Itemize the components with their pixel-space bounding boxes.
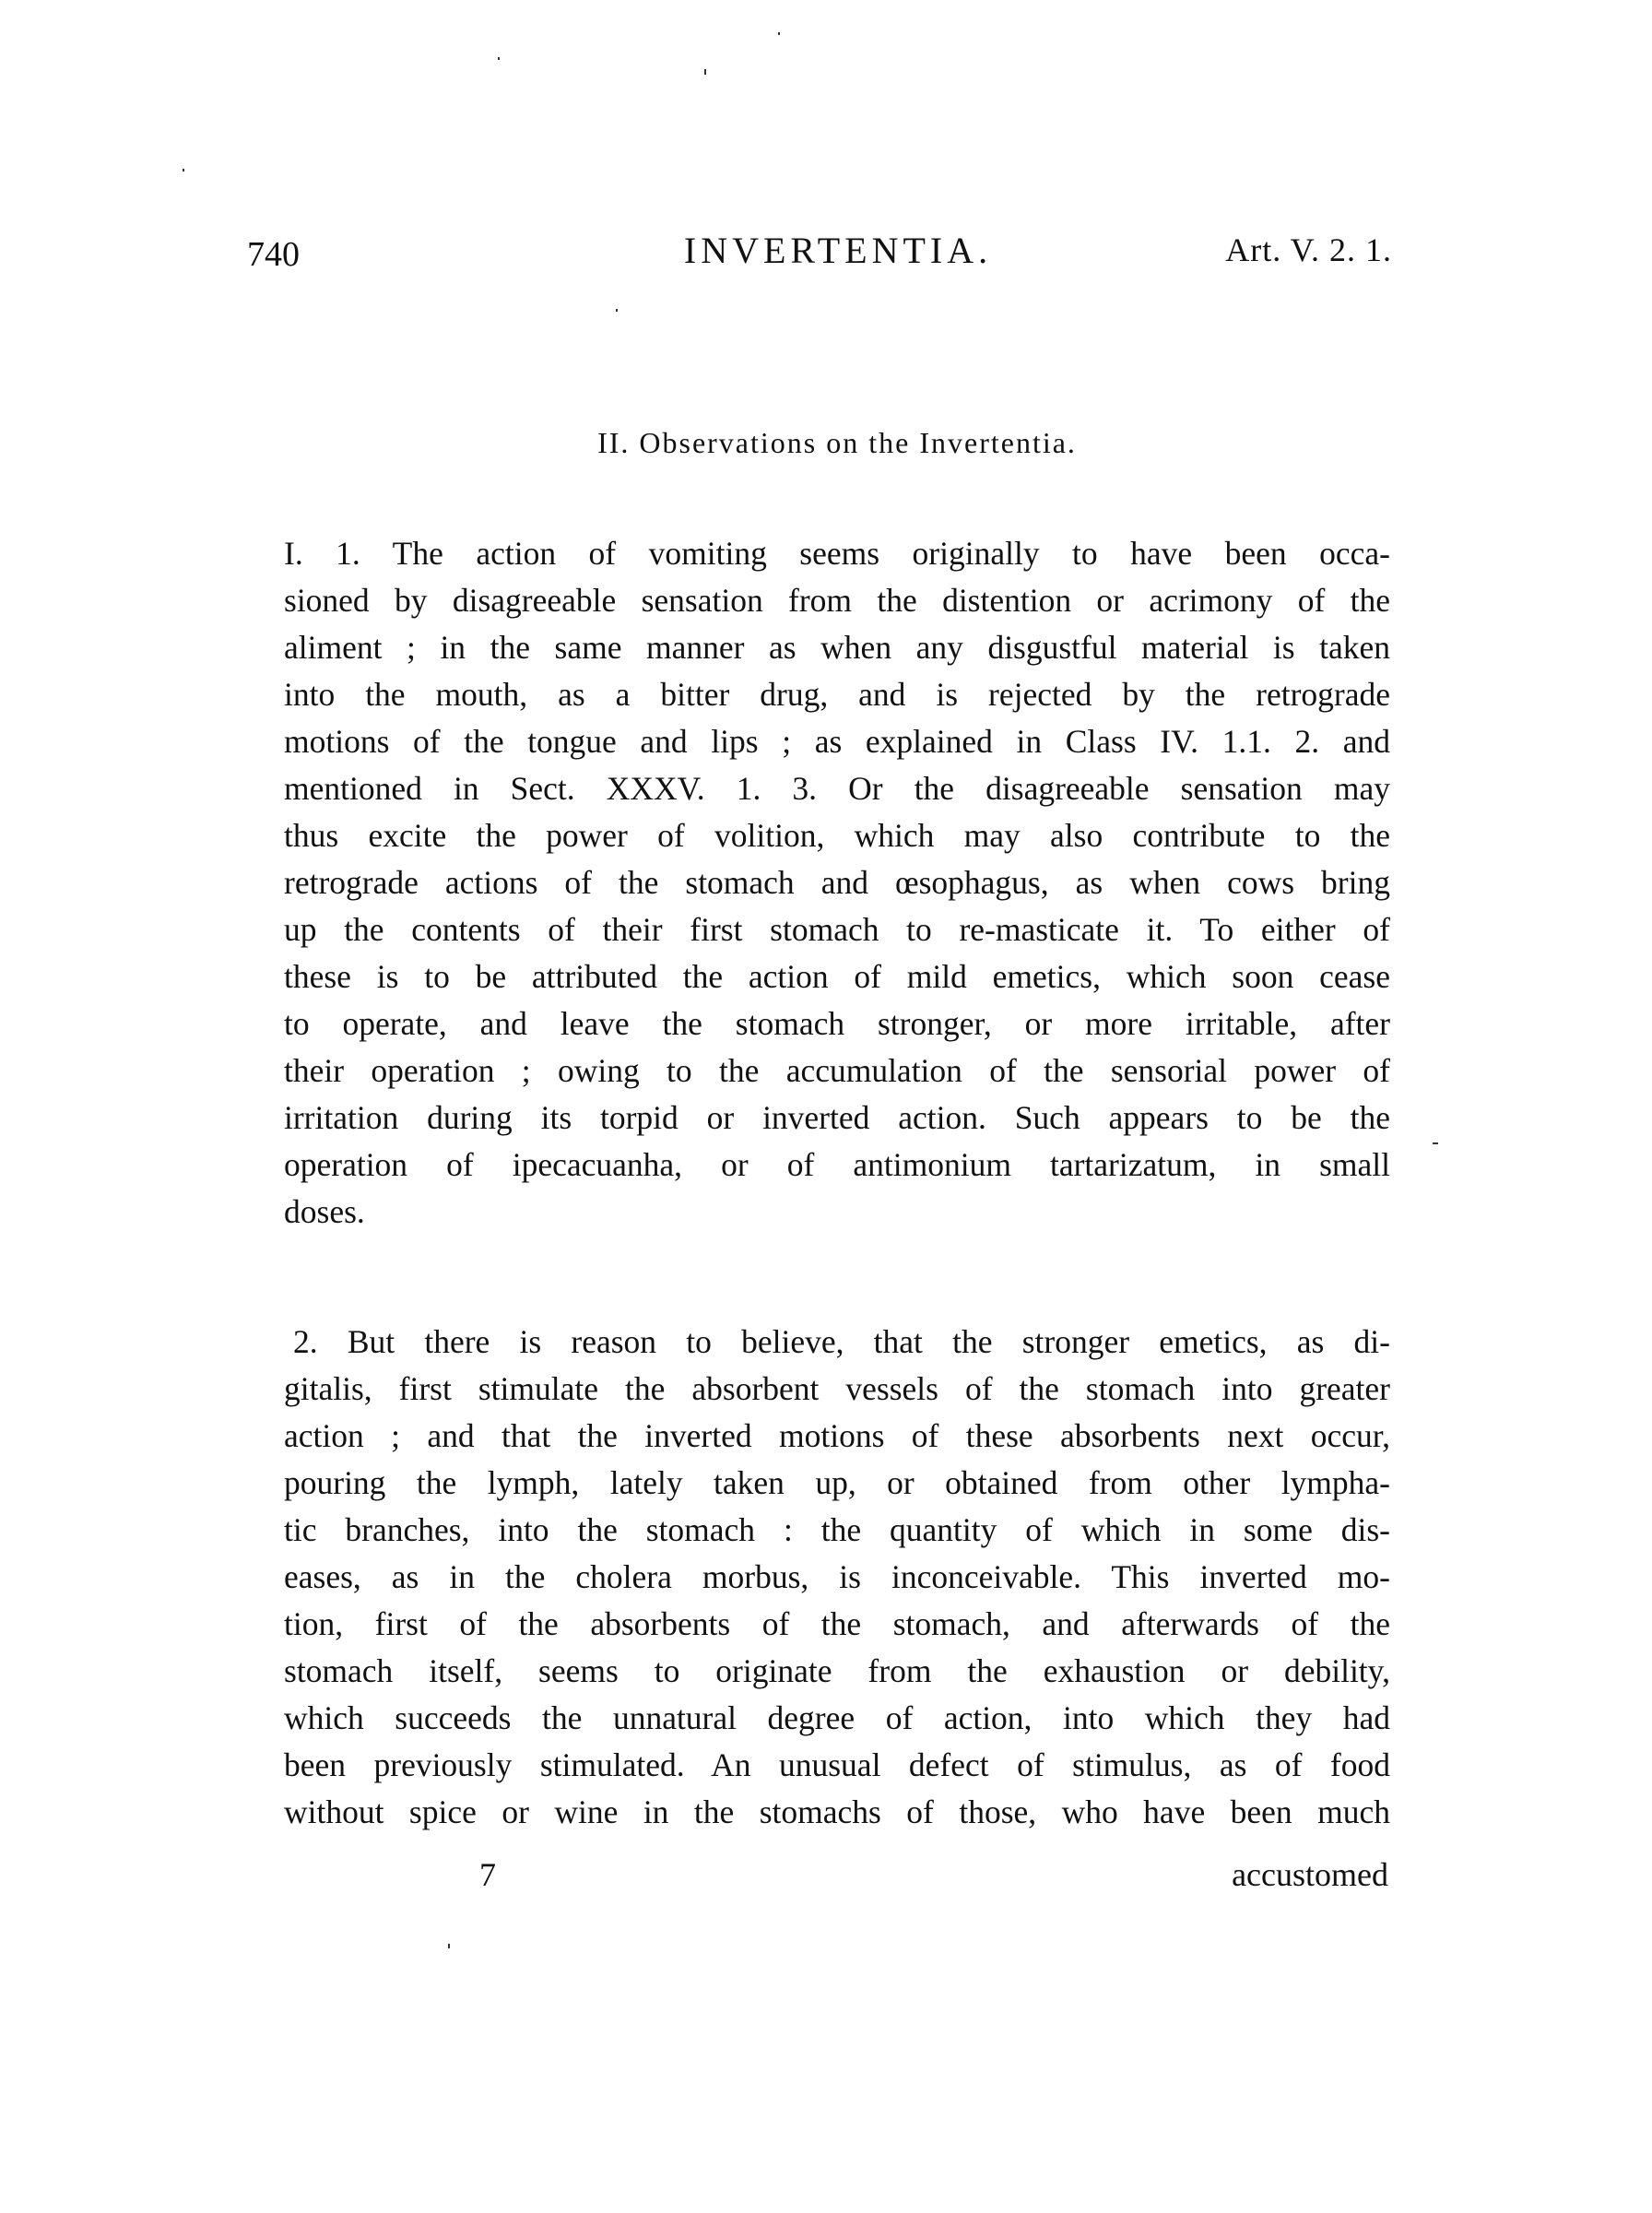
text-line: aliment ; in the same manner as when any… (284, 624, 1390, 671)
text-line: action ; and that the inverted motions o… (284, 1413, 1390, 1460)
paragraph-2: 2. But there is reason to believe, that … (284, 1319, 1390, 1836)
text-line: motions of the tongue and lips ; as expl… (284, 718, 1390, 765)
text-line: 2. But there is reason to believe, that … (284, 1319, 1390, 1366)
scan-speck (616, 309, 618, 312)
catchword: accustomed (1232, 1855, 1388, 1894)
scan-speck (778, 32, 780, 35)
text-line: which succeeds the unnatural degree of a… (284, 1695, 1390, 1742)
scan-speck (498, 57, 500, 60)
text-line: doses. (284, 1189, 1390, 1236)
text-line: into the mouth, as a bitter drug, and is… (284, 671, 1390, 718)
text-line: their operation ; owing to the accumulat… (284, 1047, 1390, 1095)
text-line: sioned by disagreeable sensation from th… (284, 577, 1390, 624)
running-head: 740 INVERTENTIA. Art. V. 2. 1. (247, 229, 1392, 284)
scan-speck (448, 1944, 450, 1948)
text-line: operation of ipecacuanha, or of antimoni… (284, 1142, 1390, 1189)
text-line: tic branches, into the stomach : the qua… (284, 1507, 1390, 1554)
paragraph-1: I. 1. The action of vomiting seems origi… (284, 530, 1390, 1236)
text-line: gitalis, first stimulate the absorbent v… (284, 1366, 1390, 1413)
text-line: pouring the lymph, lately taken up, or o… (284, 1460, 1390, 1507)
scan-speck (183, 169, 184, 172)
running-title: INVERTENTIA. (247, 229, 1392, 272)
text-line: these is to be attributed the action of … (284, 953, 1390, 1000)
article-reference: Art. V. 2. 1. (1225, 231, 1392, 269)
text-line: I. 1. The action of vomiting seems origi… (284, 530, 1390, 577)
text-line: up the contents of their first stomach t… (284, 906, 1390, 953)
text-line: been previously stimulated. An unusual d… (284, 1742, 1390, 1789)
text-line: mentioned in Sect. XXXV. 1. 3. Or the di… (284, 765, 1390, 812)
text-line: stomach itself, seems to originate from … (284, 1648, 1390, 1695)
text-line: tion, first of the absorbents of the sto… (284, 1601, 1390, 1648)
scan-speck (1433, 1142, 1438, 1144)
text-line: eases, as in the cholera morbus, is inco… (284, 1554, 1390, 1601)
text-line: without spice or wine in the stomachs of… (284, 1789, 1390, 1836)
text-line: retrograde actions of the stomach and œs… (284, 859, 1390, 906)
text-line: irritation during its torpid or inverted… (284, 1095, 1390, 1142)
scan-speck (704, 69, 706, 75)
text-line: to operate, and leave the stomach strong… (284, 1000, 1390, 1047)
section-heading: II. Observations on the Invertentia. (0, 426, 1652, 460)
text-line: thus excite the power of volition, which… (284, 812, 1390, 859)
signature-mark: 7 (479, 1855, 496, 1894)
